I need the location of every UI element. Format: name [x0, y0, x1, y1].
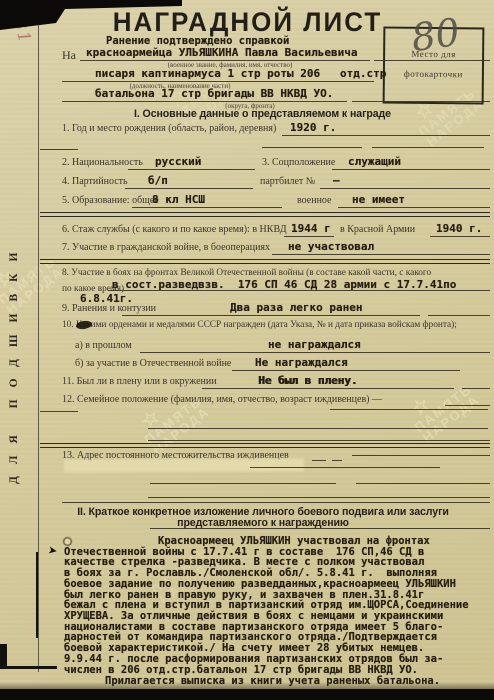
rule-line [128, 169, 255, 170]
field-label: 4. Партийность [62, 176, 128, 187]
redacted-area [64, 458, 304, 472]
divider-double-rule [40, 259, 490, 264]
bottom-edge-shadow [0, 682, 494, 689]
field-value: 1944 г [291, 222, 331, 235]
field-value: 1940 г. [436, 222, 482, 235]
rule-line [140, 352, 490, 353]
field-label: в Красной Армии [340, 224, 415, 235]
field-label: 10. Какими орденами и медалями СССР нагр… [62, 320, 457, 330]
field-label: 7. Участие в гражданской войне, в боеопе… [62, 242, 270, 253]
rule-line [352, 101, 490, 102]
margin-line-thick [36, 552, 39, 638]
rule-line [272, 254, 490, 255]
rule-line [332, 169, 490, 170]
rule-line [374, 60, 490, 61]
rule-line [108, 290, 490, 291]
field-value: не имеет [352, 193, 405, 206]
rule-line [445, 405, 490, 406]
handwritten-number: 80 [408, 10, 462, 61]
scan-artifact [0, 666, 57, 669]
rule-line [330, 409, 488, 410]
name-prefix: На [62, 48, 76, 63]
scan-artifact [0, 644, 7, 668]
field-label: партбилет № [260, 176, 315, 187]
unit-value-2: батальона 17 стр бригады ВВ НКВД УО. [95, 87, 333, 100]
rule-line [312, 460, 326, 461]
rule-line [430, 236, 490, 237]
rule-line [356, 483, 490, 484]
divider-double-rule [40, 212, 490, 217]
field-label: 12. Семейное положение (фамилия, имя, от… [62, 394, 382, 405]
rule-line [338, 207, 490, 208]
name-value: красноармейца УЛЬЯШКИНА Павла Васильевич… [86, 46, 358, 59]
rule-line [148, 440, 490, 441]
rule-line [320, 188, 490, 189]
photo-box: Место для фотокарточки 80 [383, 26, 485, 104]
field-value: 1920 г. [290, 121, 336, 134]
rule-line [462, 388, 490, 389]
field-label: военное [297, 195, 331, 206]
field-label: 6. Стаж службы (с какого и по какое врем… [62, 224, 287, 235]
rule-line [250, 467, 440, 468]
field-value: – [333, 174, 340, 187]
field-value: Не был в плену. [258, 374, 357, 387]
field-label: 8. Участие в боях на фронтах Великой Оте… [62, 268, 431, 278]
rule-line [122, 315, 420, 316]
field-label: 2. Национальность [62, 157, 143, 168]
rule-line [282, 135, 490, 136]
field-label: 11. Был ли в плену или в окружении [62, 376, 217, 387]
rule-line [372, 147, 484, 148]
rule-line [150, 483, 336, 484]
rule-line [150, 528, 490, 529]
bottom-strip [0, 689, 494, 700]
photo-placeholder-text: фотокарточки [385, 68, 482, 79]
rule-line [125, 188, 253, 189]
unit-value: писаря каптинармуса 1 стр роты 206 отд.с… [95, 67, 386, 80]
field-value: б/п [148, 174, 168, 187]
rule-line [284, 236, 334, 237]
margin-binding-text: ДЛЯ ПОДШИВКИ [8, 172, 20, 484]
field-value: 8 кл НСШ [152, 193, 205, 206]
field-label: а) в прошлом [75, 340, 132, 351]
field-label: 5. Образование: общее [62, 195, 159, 206]
rule-line [202, 388, 454, 389]
field-value: русский [155, 155, 201, 168]
page-title: НАГРАДНОЙ ЛИСТ [100, 7, 395, 39]
rule-line [40, 149, 78, 150]
rule-line [232, 370, 460, 371]
scanned-award-sheet: ☆ ПАМЯТЬ НАРОДА ☆ ПАМЯТЬ НАРОДА ☆ ПАМЯТЬ… [0, 0, 494, 700]
rule-line [332, 460, 342, 461]
field-label: 9. Ранения и контузии [62, 303, 156, 314]
rule-line [62, 502, 490, 503]
field-label: 1. Год и место рождения (область, район,… [62, 123, 276, 134]
rule-line [428, 315, 490, 316]
field-value: Два раза легко ранен [230, 301, 362, 314]
field-value: Не награждался [255, 356, 348, 369]
rule-line [40, 411, 78, 412]
field-label: б) за участие в Отечественной войне [75, 358, 231, 369]
field-value: не участвовал [288, 240, 374, 253]
rule-line [132, 207, 282, 208]
divider-double-rule [40, 443, 490, 448]
rule-line [352, 455, 490, 456]
rule-line [262, 147, 362, 148]
field-label: 3. Соцположение [262, 157, 335, 168]
rule-line [148, 428, 488, 429]
field-value: не награждался [268, 338, 361, 351]
field-value: служащий [348, 155, 401, 168]
section1-heading: I. Основные данные о представляемом к на… [90, 108, 435, 120]
rule-line [148, 497, 490, 498]
